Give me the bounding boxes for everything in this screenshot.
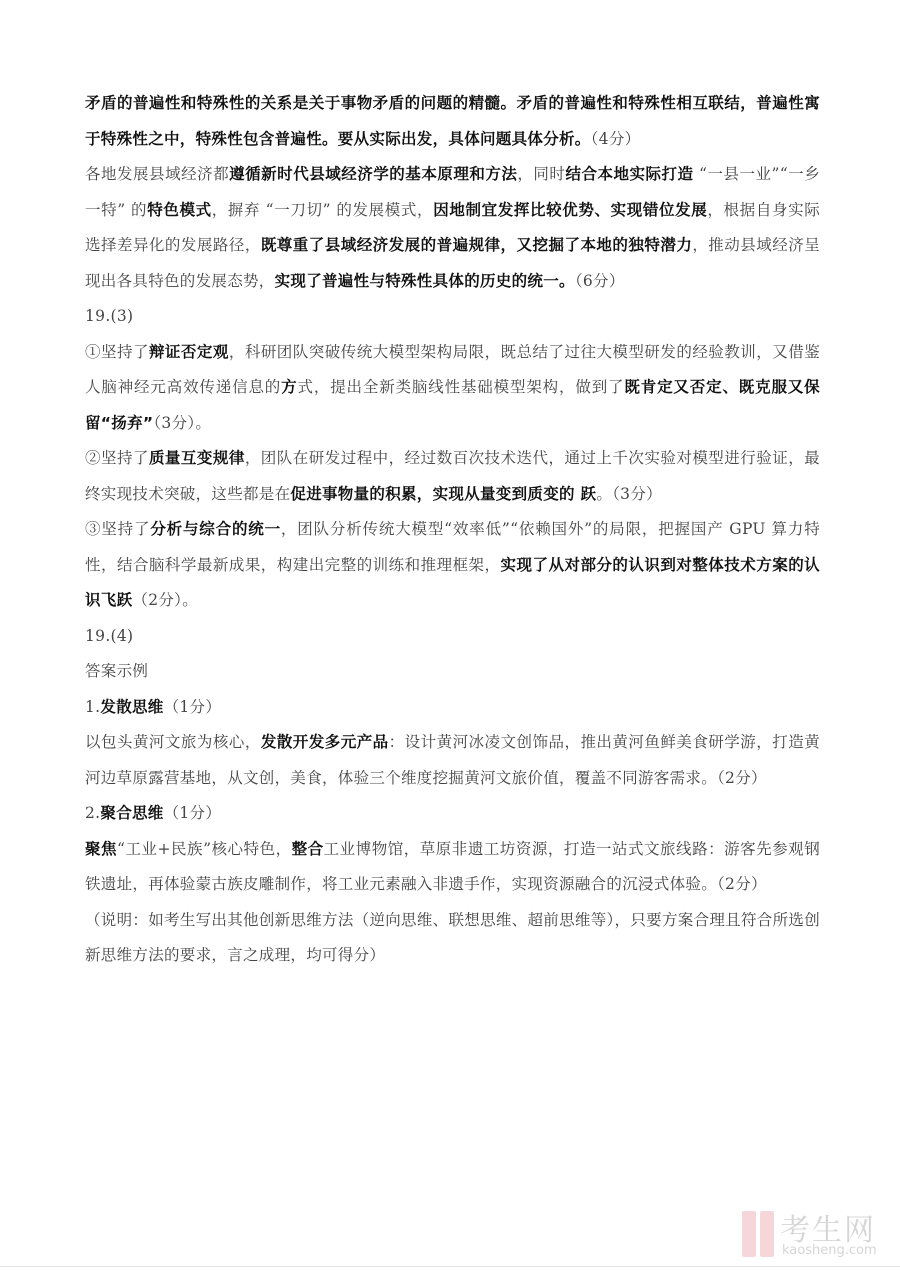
text: ，同时	[517, 165, 565, 183]
bold-text: 结合本地实际打造	[565, 165, 693, 183]
paragraph: 1.发散思维（1分）	[85, 690, 820, 726]
bold-text: 既尊重了县域经济发展的普遍规律，又挖掘了本地的独特潜力	[261, 236, 693, 254]
paragraph: ③坚持了分析与综合的统一，团队分析传统大模型“效率低”“依赖国外”的局限，把握国…	[85, 512, 820, 619]
logo-mark-icon-2	[760, 1211, 774, 1257]
paragraph: 矛盾的普遍性和特殊性的关系是关于事物矛盾的问题的精髓。矛盾的普遍性和特殊性相互联…	[85, 86, 820, 157]
text: ③坚持了	[85, 520, 150, 538]
bold-text: 遵循新时代县域经济学的基本原理和方法	[229, 165, 517, 183]
bold-text: 促进事物量的积累，实现从量变到质变的 跃	[290, 485, 596, 503]
paragraph: 以包头黄河文旅为核心，发散开发多元产品：设计黄河冰凌文创饰品，推出黄河鱼鲜美食研…	[85, 725, 820, 796]
bold-text: 发散思维	[100, 698, 163, 716]
text: （3分）。	[153, 414, 211, 432]
bold-text: 聚焦	[85, 840, 117, 858]
bold-text: 特色模式	[147, 201, 212, 219]
bold-text: 辩证否定观	[149, 343, 229, 361]
text: （2分）。	[132, 591, 198, 609]
paragraph: （说明：如考生写出其他创新思维方法（逆向思维、联想思维、超前思维等），只要方案合…	[85, 903, 820, 974]
text: 以包头黄河文旅为核心，	[85, 733, 261, 751]
text: 答案示例	[85, 662, 148, 680]
text: ①坚持了	[85, 343, 149, 361]
watermark-logo: 考生网 kaosheng.com	[742, 1203, 892, 1263]
bold-text: 实现了普遍性与特殊性具体的历史的统一。	[275, 272, 575, 290]
text: 19.(3)	[85, 307, 133, 325]
paragraph: 答案示例	[85, 654, 820, 690]
text: 各地发展县域经济都	[85, 165, 229, 183]
paragraph: 聚焦“工业+民族”核心特色，整合工业博物馆，草原非遗工坊资源，打造一站式文旅线路…	[85, 832, 820, 903]
bold-text: 方	[281, 378, 297, 396]
text: （4分）	[591, 130, 641, 148]
bold-text: 因地制宜发挥比较优势、实现错位发展	[433, 201, 707, 219]
text: ②坚持了	[85, 449, 149, 467]
page-bottom-edge	[0, 1266, 900, 1267]
document-body: 矛盾的普遍性和特殊性的关系是关于事物矛盾的问题的精髓。矛盾的普遍性和特殊性相互联…	[85, 86, 820, 974]
text: ，摒弃 “一刀切” 的发展模式，	[212, 201, 433, 219]
text: （说明：如考生写出其他创新思维方法（逆向思维、联想思维、超前思维等），只要方案合…	[85, 911, 820, 965]
logo-mark-icon	[742, 1211, 756, 1257]
text: 19.(4)	[85, 627, 133, 645]
paragraph: 各地发展县域经济都遵循新时代县域经济学的基本原理和方法，同时结合本地实际打造 “…	[85, 157, 820, 299]
paragraph: 2.聚合思维（1分）	[85, 796, 820, 832]
bold-text: 聚合思维	[100, 804, 163, 822]
text: 。（3分）	[596, 485, 662, 503]
text: （1分）	[164, 698, 222, 716]
bold-text: 发散开发多元产品	[261, 733, 389, 751]
bold-text: 质量互变规律	[149, 449, 245, 467]
paragraph: ②坚持了质量互变规律，团队在研发过程中，经过数百次技术迭代，通过上千次实验对模型…	[85, 441, 820, 512]
paragraph: ①坚持了辩证否定观，科研团队突破传统大模型架构局限，既总结了过往大模型研发的经验…	[85, 335, 820, 442]
text: （6分）	[575, 272, 625, 290]
text: 2.	[85, 804, 100, 822]
paragraph: 19.(3)	[85, 299, 820, 335]
bold-text: 整合	[292, 840, 324, 858]
text: 1.	[85, 698, 100, 716]
bold-text: 分析与综合的统一	[150, 520, 281, 538]
text: （1分）	[164, 804, 222, 822]
watermark-en: kaosheng.com	[782, 1243, 877, 1258]
paragraph: 19.(4)	[85, 619, 820, 655]
bold-text: 矛盾的普遍性和特殊性的关系是关于事物矛盾的问题的精髓。矛盾的普遍性和特殊性相互联…	[85, 94, 820, 148]
text: “工业+民族”核心特色，	[117, 840, 292, 858]
text: 式，提出全新类脑线性基础模型架构，做到了	[298, 378, 625, 396]
